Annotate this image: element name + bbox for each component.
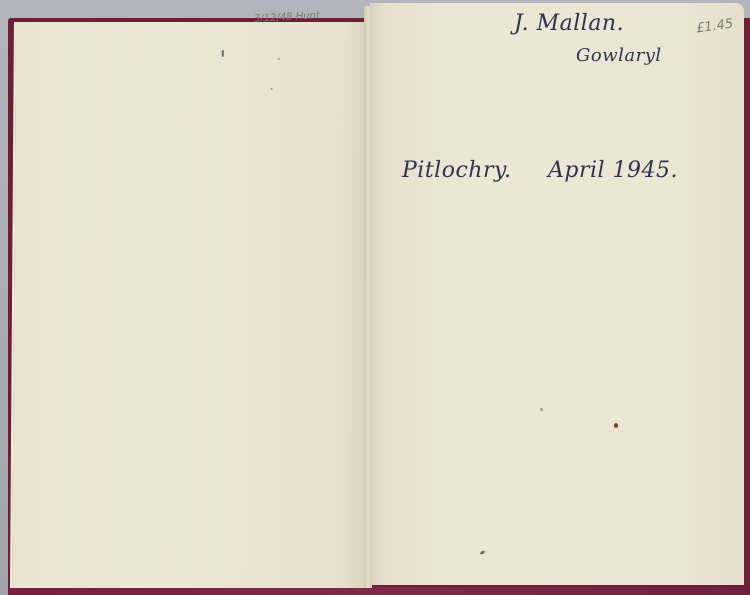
speck <box>271 88 273 90</box>
mark <box>480 550 486 555</box>
price-note: £1.45 <box>695 16 734 36</box>
inscription-date: April 1945. <box>548 158 678 183</box>
pencil-mark <box>222 50 224 57</box>
right-endpaper: J. Mallan. Gowlaryl £1.45 Pitlochry. Apr… <box>370 3 744 585</box>
cover-bottom-edge <box>8 587 750 595</box>
speck <box>278 58 280 60</box>
left-endpaper: 3/12/48 Hunt <box>10 22 370 588</box>
owner-place: Gowlaryl <box>576 45 662 66</box>
inscription-place: Pitlochry. <box>402 158 511 183</box>
foxing-stain <box>614 423 618 428</box>
speck <box>540 408 543 411</box>
owner-name: J. Mallan. <box>514 11 624 36</box>
pencil-note: 3/12/48 Hunt <box>254 10 320 24</box>
